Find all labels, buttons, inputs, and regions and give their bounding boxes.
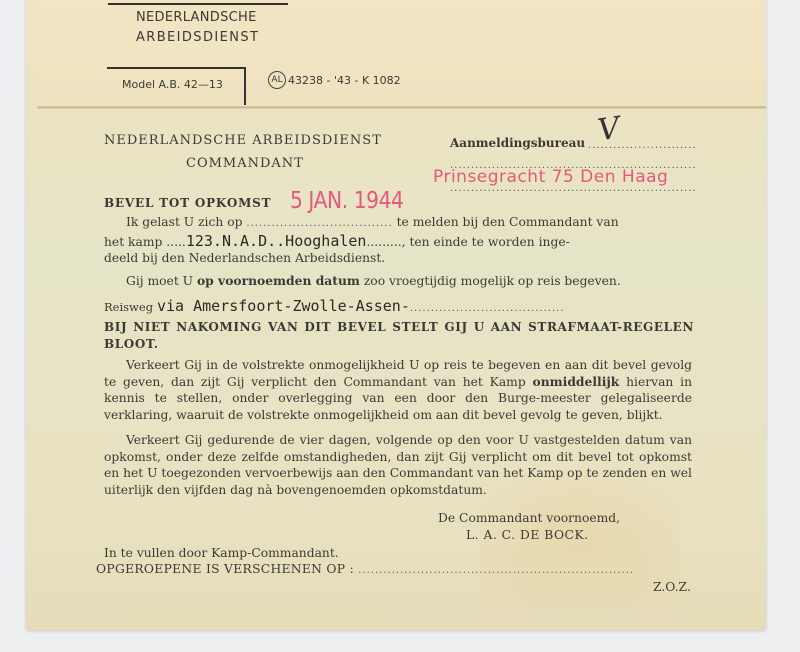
- para2-text-b: zoo vroegtijdig mogelijk op reis begeven…: [364, 274, 621, 288]
- para3-bold: onmiddellijk: [533, 374, 620, 389]
- printer-logo-icon: AL: [268, 71, 286, 89]
- route-typed-value: via Amersfoort-Zwolle-Assen-: [157, 297, 410, 315]
- para2-text-a: Gij moet U: [126, 274, 193, 288]
- date-field-dots: ...................................: [246, 218, 392, 229]
- paragraph-order: Ik gelast U zich op ....................…: [104, 214, 692, 267]
- warning-text: BIJ NIET NAKOMING VAN DIT BEVEL STELT GI…: [104, 319, 694, 353]
- para1-text-e: deeld bij den Nederlandschen Arbeidsdien…: [104, 251, 385, 265]
- paragraph-four-days: Verkeert Gij gedurende de vier dagen, vo…: [104, 432, 692, 498]
- route-field-dots: .....................................: [410, 303, 565, 314]
- print-code-text: 43238 - '43 - K 1082: [288, 74, 401, 87]
- bureau-handwritten-value: V: [596, 111, 622, 149]
- header-rule: [108, 3, 288, 5]
- print-code: AL 43238 - '43 - K 1082: [268, 71, 401, 89]
- fill-note: In te vullen door Kamp-Commandant.: [104, 546, 339, 560]
- para1-text-a: Ik gelast U zich op: [104, 215, 242, 229]
- para1-text-b: te melden bij den Commandant van: [397, 215, 619, 229]
- signature-name: L. A. C. DE BOCK.: [466, 528, 589, 542]
- para2-bold: op voornoemden datum: [197, 273, 360, 288]
- date-stamp: 5 JAN. 1944: [290, 188, 403, 214]
- route-label: Reisweg: [104, 300, 153, 314]
- appeared-line: OPGEROEPENE IS VERSCHENEN OP : .........…: [96, 562, 634, 576]
- org-title: NEDERLANDSCHE ARBEIDSDIENST: [104, 133, 382, 148]
- bureau-label: Aanmeldingsbureau: [450, 136, 585, 150]
- fold-line: [37, 106, 766, 109]
- route-line: Reisweg via Amersfoort-Zwolle-Assen-....…: [104, 297, 564, 315]
- appeared-field-dots: ........................................…: [358, 565, 634, 576]
- para1-text-d: ........., ten einde te worden inge-: [366, 235, 569, 249]
- paragraph-travel: Gij moet U op voornoemden datum zoo vroe…: [126, 273, 621, 288]
- org-subtitle: COMMANDANT: [186, 156, 304, 171]
- camp-typed-value: 123.N.A.D..Hooghalen: [186, 232, 367, 250]
- header-org-line1: NEDERLANDSCHE: [136, 10, 257, 25]
- paragraph-impossibility: Verkeert Gij in de volstrekte onmogelijk…: [104, 357, 692, 423]
- bureau-field-dots-3: ........................................…: [450, 183, 697, 194]
- header-org-line2: ARBEIDSDIENST: [136, 30, 259, 45]
- turn-over-note: Z.O.Z.: [653, 580, 691, 594]
- signature-line1: De Commandant voornoemd,: [438, 511, 620, 525]
- appeared-label: OPGEROEPENE IS VERSCHENEN OP :: [96, 562, 354, 576]
- para1-text-c: het kamp .....: [104, 235, 186, 249]
- form-title: BEVEL TOT OPKOMST: [104, 196, 271, 210]
- model-number: Model A.B. 42—13: [122, 78, 223, 91]
